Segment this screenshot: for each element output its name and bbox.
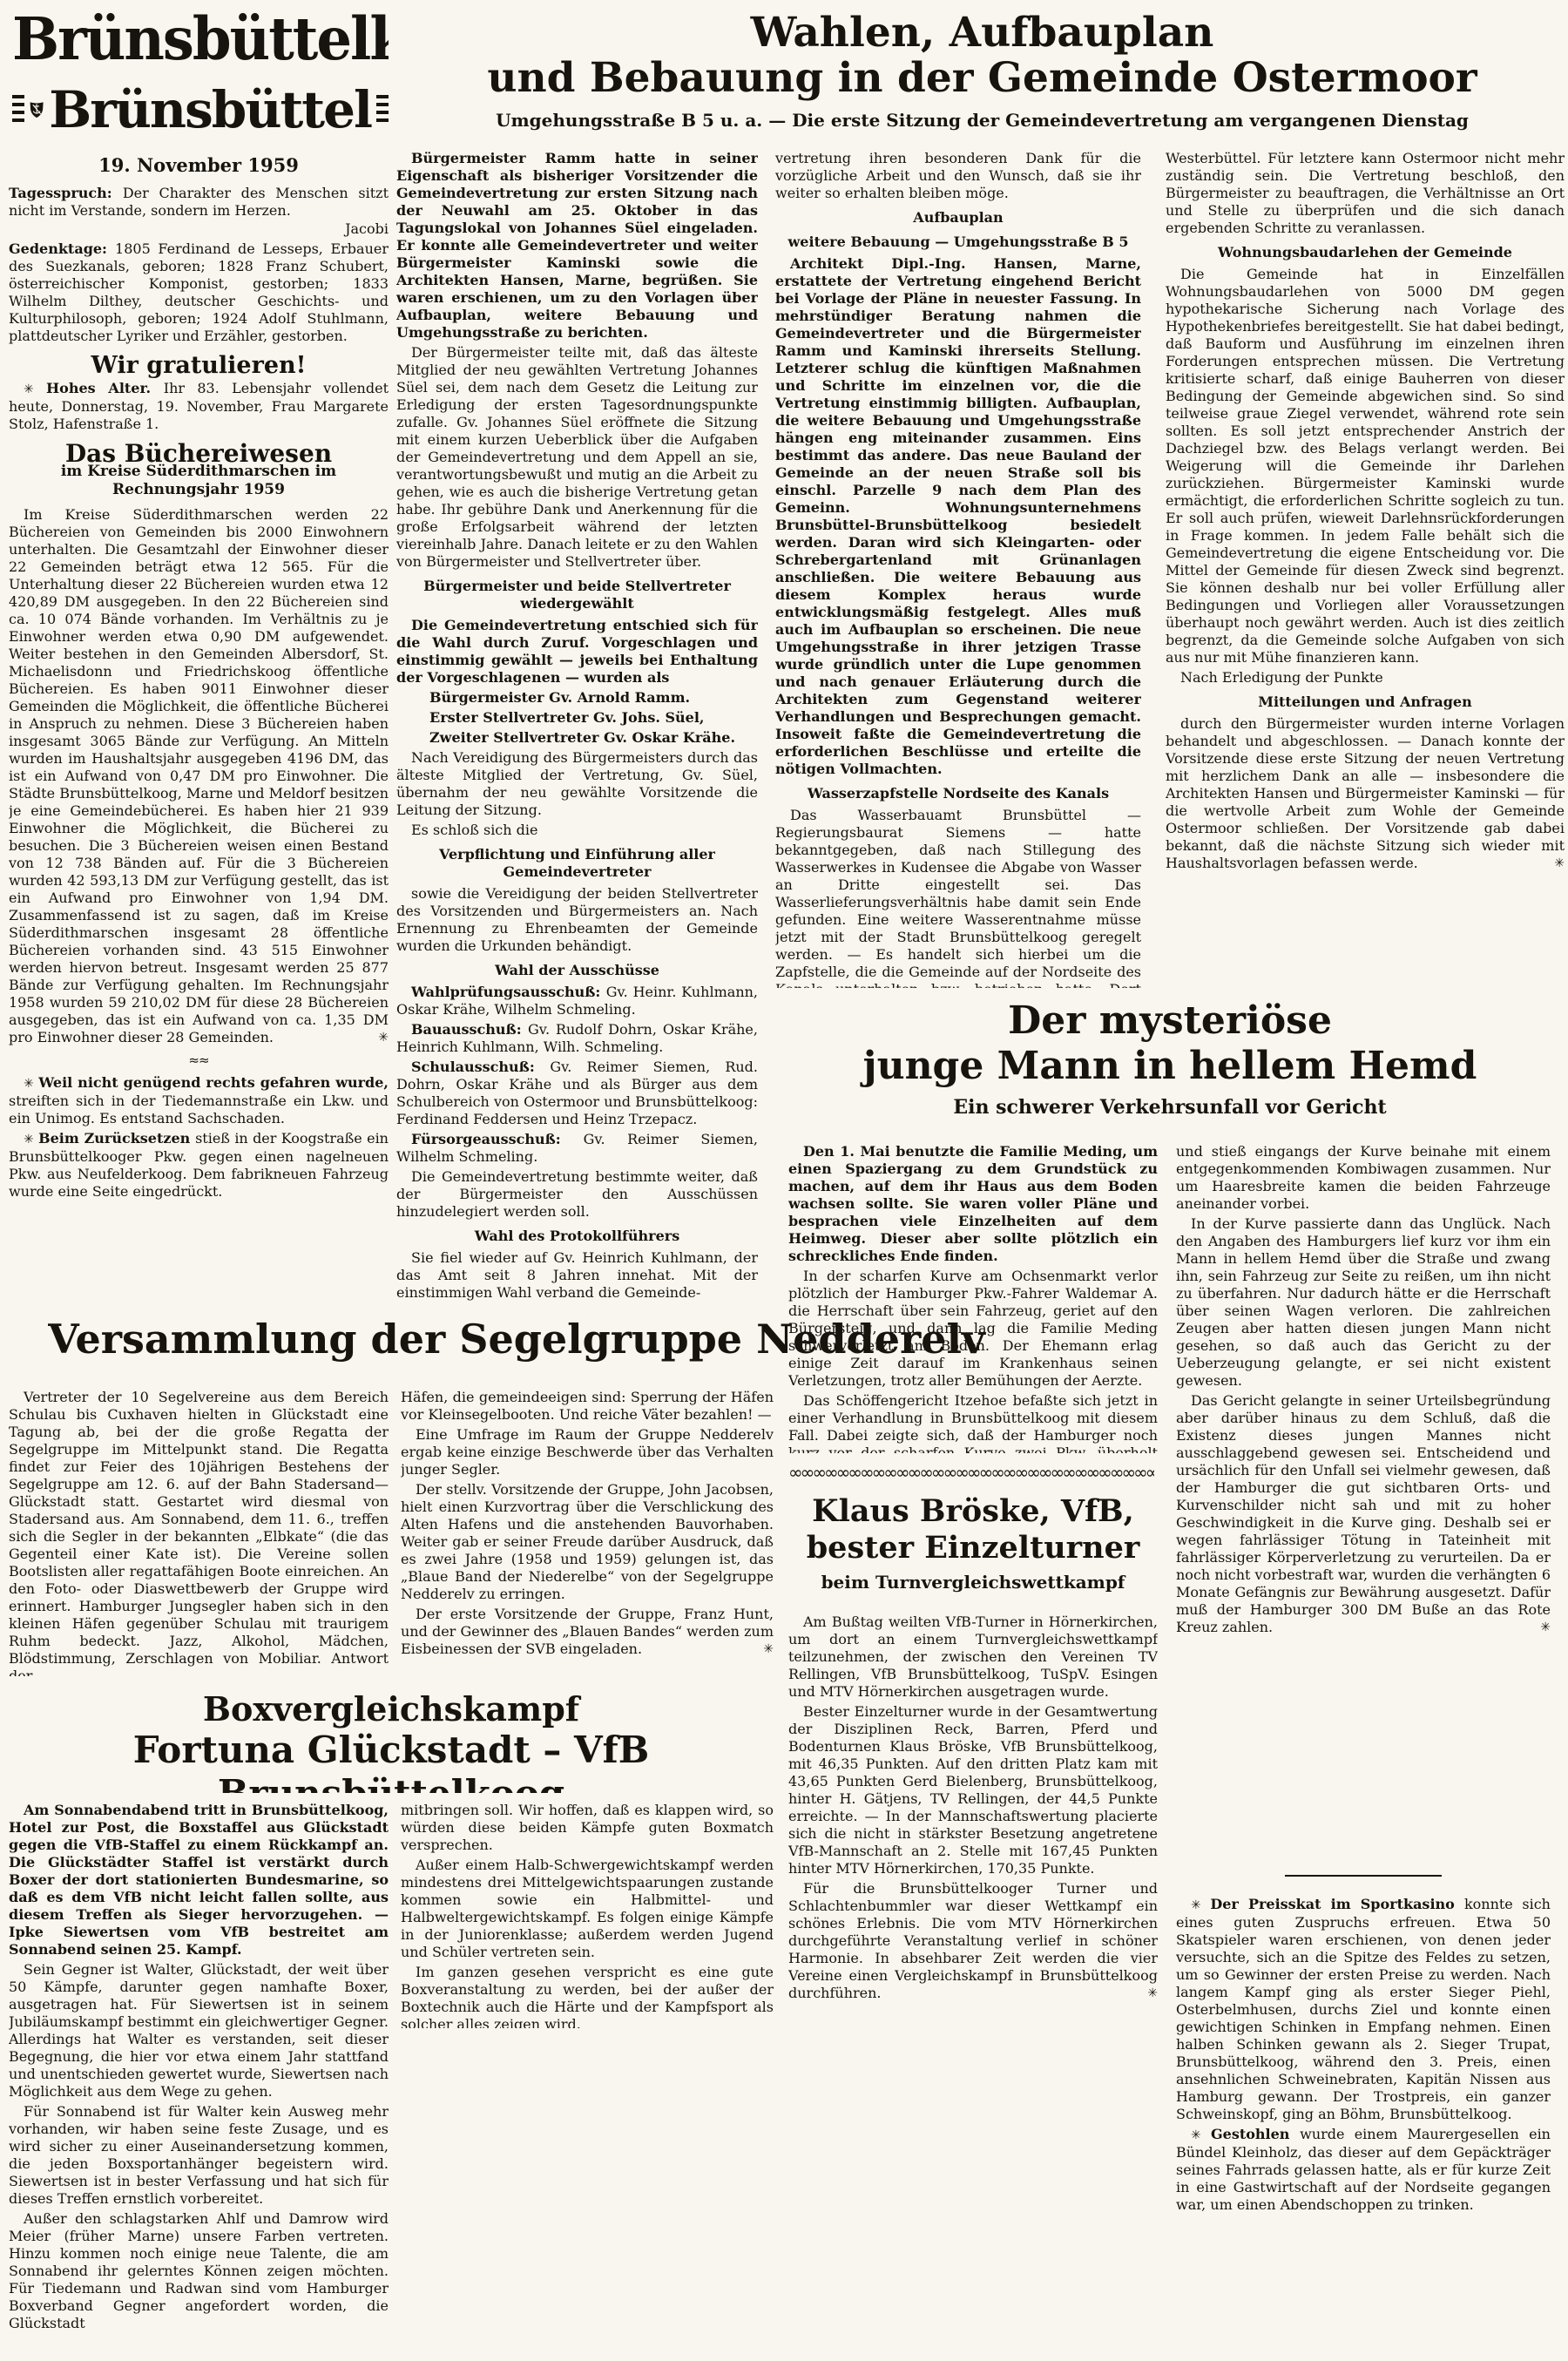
paragraph: Die Gemeindevertretung bestimmte weiter,… [396,1168,758,1221]
paragraph: Nach Vereidigung des Bürgermeisters durc… [396,749,758,819]
paragraph: Sein Gegner ist Walter, Glückstadt, der … [9,1961,389,2101]
paragraph: Sie fiel wieder auf Gv. Heinrich Kuhlman… [396,1249,758,1302]
council-column-2: vertretung ihren besonderen Dank für die… [775,150,1141,988]
buecherei-header: Das Büchereiwesen [9,445,389,463]
council-column-3: Westerbüttel. Für letztere kann Ostermoo… [1166,150,1565,988]
paragraph: Am Bußtag weilten VfB-Turner in Hörnerki… [788,1613,1158,1701]
star-ornament-icon: ✳ [1525,1619,1551,1636]
gym-article-body: Am Bußtag weilten VfB-Turner in Hörnerki… [788,1613,1158,2178]
misc-news-column: ✳ Der Preisskat im Sportkasino konnte si… [1176,1896,1551,2236]
court-column-2: und stieß eingangs der Kurve beinahe mit… [1176,1143,1551,1854]
paragraph: Wahlprüfungsausschuß: Gv. Heinr. Kuhlman… [396,984,758,1018]
gratulieren-item: ✳ Hohes Alter. Ihr 83. Lebensjahr vollen… [9,380,389,433]
buecherei-subheader: im Kreise Süderdithmarschen im Rechnungs… [9,463,389,499]
star-ornament-icon: ✳ [1539,855,1565,872]
paragraph: Aufbauplan [775,209,1141,227]
paragraph: Mitteilungen und Anfragen [1166,693,1565,711]
paragraph: Wahl des Protokollführers [396,1228,758,1245]
paragraph: mitbringen soll. Wir hoffen, daß es klap… [401,1802,774,1854]
paragraph: Im Kreise Süderdithmarschen werden 22 Bü… [9,506,389,1046]
court-headline-line2: junge Mann in hellem Hemd [775,1044,1565,1089]
paragraph: sowie die Vereidigung der beiden Stellve… [396,885,758,955]
paragraph: weitere Bebauung — Umgehungsstraße B 5 [775,233,1141,251]
boxing-article-header: Boxvergleichskampf Fortuna Glückstadt – … [9,1690,774,1793]
gym-headline-line2: bester Einzelturner [788,1530,1158,1566]
paragraph: In der Kurve passierte dann das Unglück.… [1176,1215,1551,1390]
paragraph: Wahl der Ausschüsse [396,962,758,979]
rope-divider-icon: ∞∞∞∞∞∞∞∞∞∞∞∞∞∞∞∞∞∞∞∞∞∞∞∞∞∞∞∞∞∞∞ [788,1462,1154,1485]
paragraph: Schulausschuß: Gv. Reimer Siemen, Rud. D… [396,1059,758,1128]
star-ornament-icon: ✳ [24,382,34,396]
court-article-header: Der mysteriöse junge Mann in hellem Hemd… [775,998,1565,1136]
boxing-column-1: Am Sonnabendabend tritt in Brunsbüttelko… [9,1802,389,2356]
paragraph: ✳ Hohes Alter. Ihr 83. Lebensjahr vollen… [9,380,389,433]
paragraph: Bürgermeister und beide Stellvertreter w… [396,578,758,612]
paragraph: Die Gemeindevertretung entschied sich fü… [396,617,758,687]
gym-subhead: beim Turnvergleichswettkampf [788,1572,1158,1593]
paragraph: Außer einem Halb-Schwergewichtskampf wer… [401,1857,774,1961]
paragraph: Vertreter der 10 Segelvereine aus dem Be… [9,1389,389,1676]
paragraph: und stieß eingangs der Kurve beinahe mit… [1176,1143,1551,1213]
paragraph: Eine Umfrage im Raum der Gruppe Nedderel… [401,1426,774,1478]
paragraph: Für Sonnabend ist für Walter kein Ausweg… [9,2103,389,2208]
tagesspruch-paragraph: Tagesspruch: Der Charakter des Menschen … [9,185,389,220]
boxing-headline-line2: Fortuna Glückstadt – VfB Brunsbüttelkoog [9,1728,774,1793]
paragraph: ✳ Gestohlen wurde einem Maurergesellen e… [1176,2126,1551,2214]
paragraph: durch den Bürgermeister wurden interne V… [1166,715,1565,872]
wave-divider-icon: ≈≈ [9,1052,389,1069]
council-headline-line1: Wahlen, Aufbauplan [396,10,1568,56]
paragraph: Bester Einzelturner wurde in der Gesamtw… [788,1703,1158,1877]
paragraph: Bürgermeister Gv. Arnold Ramm. [396,689,758,707]
paragraph: Am Sonnabendabend tritt in Brunsbüttelko… [9,1802,389,1958]
star-ornament-icon: ✳ [24,1133,34,1147]
star-ornament-icon: ✳ [24,1077,34,1091]
council-headline-line2: und Bebauung in der Gemeinde Ostermoor [396,56,1568,101]
gym-article-header: Klaus Bröske, VfB, bester Einzelturner b… [788,1493,1158,1608]
sailing-article-header: Versammlung der Segelgruppe Nedderelv [48,1316,1128,1371]
buecherei-article: Im Kreise Süderdithmarschen werden 22 Bü… [9,506,389,1046]
council-column-1: Bürgermeister Ramm hatte in seiner Eigen… [396,150,758,1310]
paragraph: Verpflichtung und Einführung aller Gemei… [396,846,758,881]
paragraph: Wohnungsbaudarlehen der Gemeinde [1166,244,1565,261]
paragraph: Den 1. Mai benutzte die Familie Meding, … [788,1143,1158,1265]
masthead-flourish-left-icon [12,95,24,125]
section-divider-rule [1285,1875,1442,1880]
boxing-headline-line1: Boxvergleichskampf [9,1690,774,1728]
paragraph: Häfen, die gemeindeeigen sind: Sperrung … [401,1389,774,1424]
gedenktage-paragraph: Gedenktage: 1805 Ferdinand de Lesseps, E… [9,240,389,345]
masthead-flourish-right-icon [376,95,389,125]
sailing-column-2: Häfen, die gemeindeeigen sind: Sperrung … [401,1389,774,1676]
star-ornament-icon: ✳ [748,1641,774,1658]
star-ornament-icon: ✳ [363,1029,389,1046]
masthead-title-line2: Brünsbüttel [49,85,371,135]
gratulieren-header: Wir gratulieren! [9,357,389,375]
local-news-column: 19. November 1959 Tagesspruch: Der Chara… [9,148,389,1307]
sailing-headline: Versammlung der Segelgruppe Nedderelv [48,1316,1128,1363]
gym-headline-line1: Klaus Bröske, VfB, [788,1493,1158,1530]
paragraph: Das Wasserbauamt Brunsbüttel — Regierung… [775,807,1141,988]
paragraph: Gedenktage: 1805 Ferdinand de Lesseps, E… [9,240,389,345]
paragraph: Es schloß sich die [396,822,758,839]
masthead: Brünsbüttelkoog Brünsbüttel [12,12,389,152]
paragraph: Erster Stellvertreter Gv. Johs. Süel, [396,709,758,727]
council-subhead: Umgehungsstraße B 5 u. a. — Die erste Si… [396,110,1568,131]
paragraph: Wasserzapfstelle Nordseite des Kanals [775,785,1141,802]
paragraph: Bürgermeister Ramm hatte in seiner Eigen… [396,150,758,342]
masthead-title-line1: Brünsbüttelkoog [12,12,389,70]
paragraph: Im ganzen gesehen verspricht es eine gut… [401,1964,774,2028]
paragraph: Der stellv. Vorsitzende der Gruppe, John… [401,1481,774,1603]
court-subhead: Ein schwerer Verkehrsunfall vor Gericht [775,1096,1565,1119]
paragraph: ✳ Der Preisskat im Sportkasino konnte si… [1176,1896,1551,2123]
court-column-1: Den 1. Mai benutzte die Familie Meding, … [788,1143,1158,1453]
paragraph: Die Gemeinde hat in Einzelfällen Wohnung… [1166,266,1565,666]
paragraph: Fürsorgeausschuß: Gv. Reimer Siemen, Wil… [396,1131,758,1166]
local-notes: ✳ Weil nicht genügend rechts gefahren wu… [9,1074,389,1201]
paragraph: Der Bürgermeister teilte mit, daß das äl… [396,344,758,571]
council-article-header: Wahlen, Aufbauplan und Bebauung in der G… [396,10,1568,141]
paragraph: Zweiter Stellvertreter Gv. Oskar Krähe. [396,729,758,747]
paragraph: Das Schöffengericht Itzehoe befaßte sich… [788,1392,1158,1453]
court-headline-line1: Der mysteriöse [775,998,1565,1044]
paragraph: Bauausschuß: Gv. Rudolf Dohrn, Oskar Krä… [396,1021,758,1056]
tagesspruch-author: Jacobi [9,220,389,238]
paragraph: vertretung ihren besonderen Dank für die… [775,150,1141,202]
star-ornament-icon: ✳ [1191,2128,1201,2142]
newspaper-page: { "ornaments": { "star": "✳" }, "masthea… [0,0,1568,2361]
paragraph: ✳ Weil nicht genügend rechts gefahren wu… [9,1074,389,1127]
paragraph: Tagesspruch: Der Charakter des Menschen … [9,185,389,220]
paragraph: Westerbüttel. Für letztere kann Ostermoo… [1166,150,1565,237]
paragraph: Das Gericht gelangte in seiner Urteilsbe… [1176,1392,1551,1636]
paragraph: Architekt Dipl.-Ing. Hansen, Marne, erst… [775,255,1141,778]
paragraph: Nach Erledigung der Punkte [1166,669,1565,687]
issue-date: 19. November 1959 [9,157,389,174]
sailing-column-1: Vertreter der 10 Segelvereine aus dem Be… [9,1389,389,1676]
paragraph: Außer den schlagstarken Ahlf und Damrow … [9,2210,389,2332]
paragraph: Für die Brunsbüttelkooger Turner und Sch… [788,1880,1158,2002]
star-ornament-icon: ✳ [1191,1898,1201,1912]
paragraph: ✳ Beim Zurücksetzen stieß in der Koogstr… [9,1130,389,1201]
paragraph: Der erste Vorsitzende der Gruppe, Franz … [401,1606,774,1658]
boxing-column-2: mitbringen soll. Wir hoffen, daß es klap… [401,1802,774,2028]
town-crest-anchor-icon [30,71,44,148]
star-ornament-icon: ✳ [1132,1985,1158,2002]
